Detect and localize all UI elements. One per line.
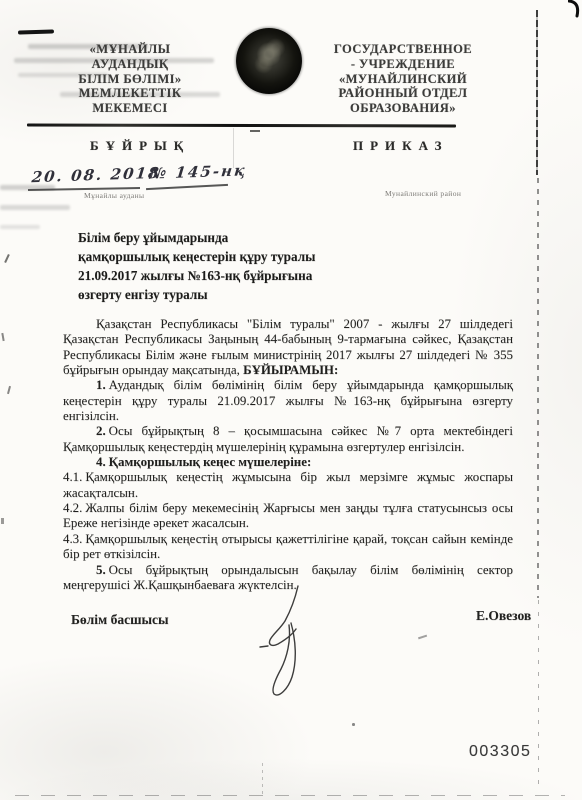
- org-name-line: АУДАНДЫҚ: [38, 57, 222, 72]
- scan-fold-line: [536, 10, 538, 175]
- subject-line: қамқоршылық кеңестерін құру туралы: [78, 247, 513, 266]
- order-body: Білім беру ұйымдарында қамқоршылық кеңес…: [63, 228, 513, 593]
- scan-fold-line: [538, 600, 539, 790]
- handwritten-date: 20. 08. 2018: [31, 164, 162, 186]
- org-name-line: «МУНАЙЛИНСКИЙ: [308, 72, 498, 87]
- org-name-line: БІЛІМ БӨЛІМІ»: [38, 72, 222, 87]
- handwritten-order-number: № 145-нқ: [149, 161, 248, 182]
- item-number: 4.1.: [63, 470, 82, 484]
- scan-fold-line: [537, 178, 539, 598]
- scan-mark-top-left: [18, 29, 54, 34]
- place-label-kazakh: Мұнайлы ауданы: [84, 191, 144, 200]
- subject-line: 21.09.2017 жылғы №163-нқ бұйрығына: [78, 266, 513, 285]
- order-subject: Білім беру ұйымдарында қамқоршылық кеңес…: [63, 228, 513, 304]
- scan-dotted-line: [262, 763, 263, 798]
- org-name-line: МЕКЕМЕСІ: [38, 101, 222, 116]
- scan-tick-mark: [1, 518, 4, 524]
- order-heading-kazakh: БҰЙРЫҚ: [90, 138, 190, 154]
- order-item-4-3: 4.3.Қамқоршылық кеңестің отырысы қажетті…: [63, 532, 513, 563]
- orders-keyword: БҰЙЫРАМЫН:: [243, 363, 338, 377]
- place-label-russian: Мунайлинский район: [385, 189, 461, 198]
- item-number: 4.2.: [63, 501, 82, 515]
- order-item-4: 4.Қамқоршылық кеңес мүшелеріне:: [63, 455, 513, 470]
- item-text: Қамқоршылық кеңестің жұмысына бір жыл ме…: [63, 470, 513, 499]
- scan-tick-mark: [1, 333, 4, 341]
- org-name-line: МЕМЛЕКЕТТІК: [38, 86, 222, 101]
- bleed-through-smudge: [0, 225, 40, 229]
- bleed-through-smudge: [0, 205, 70, 210]
- signer-name: Е.Овезов: [476, 608, 531, 624]
- item-text: Қамқоршылық кеңестің отырысы қажеттілігі…: [63, 532, 513, 561]
- scan-tick-mark: [4, 254, 10, 263]
- scan-tick-mark: [418, 635, 427, 639]
- item-number: 2.: [96, 424, 106, 438]
- item-text: Осы бұйрықтың 8 – қосымшасына сәйкес №7 …: [63, 424, 513, 453]
- item-text: Аудандық білім бөлімінің білім беру ұйым…: [63, 378, 513, 423]
- org-name-line: «МҰНАЙЛЫ: [38, 42, 222, 57]
- item-number: 5.: [96, 563, 106, 577]
- scan-bottom-edge-line: [15, 795, 565, 796]
- org-name-russian: ГОСУДАРСТВЕННОЕ - УЧРЕЖДЕНИЕ «МУНАЙЛИНСК…: [308, 42, 498, 116]
- order-heading-russian: ПРИКАЗ: [353, 138, 449, 154]
- page-curl-mark: [568, 0, 582, 18]
- item-number: 1.: [96, 378, 106, 392]
- signer-position: Бөлім басшысы: [71, 612, 169, 628]
- scan-tick-mark: [7, 386, 11, 394]
- kazakhstan-coat-of-arms-icon: [236, 28, 302, 94]
- org-name-line: - УЧРЕЖДЕНИЕ: [308, 57, 498, 72]
- order-item-1: 1.Аудандық білім бөлімінің білім беру ұй…: [63, 378, 513, 424]
- order-item-4-2: 4.2.Жалпы білім беру мекемесінің Жарғысы…: [63, 501, 513, 532]
- intro-paragraph: Қазақстан Республикасы "Білім туралы" 20…: [63, 317, 513, 378]
- org-name-kazakh: «МҰНАЙЛЫ АУДАНДЫҚ БІЛІМ БӨЛІМІ» МЕМЛЕКЕТ…: [38, 42, 222, 116]
- org-name-line: ОБРАЗОВАНИЯ»: [308, 101, 498, 116]
- scanned-order-document: «МҰНАЙЛЫ АУДАНДЫҚ БІЛІМ БӨЛІМІ» МЕМЛЕКЕТ…: [0, 0, 582, 800]
- form-serial-number: 003305: [469, 743, 531, 761]
- divider-tick: [250, 130, 260, 132]
- item-number: 4.3.: [63, 532, 82, 546]
- handwritten-signature-icon: [258, 583, 314, 701]
- item-number: 4.: [96, 455, 106, 469]
- order-item-4-1: 4.1.Қамқоршылық кеңестің жұмысына бір жы…: [63, 470, 513, 501]
- scan-dot-mark: [352, 723, 355, 726]
- subject-line: өзгерту енгізу туралы: [78, 285, 513, 304]
- org-name-line: ГОСУДАРСТВЕННОЕ: [308, 42, 498, 57]
- header-divider-line: [27, 124, 456, 128]
- org-name-line: РАЙОННЫЙ ОТДЕЛ: [308, 86, 498, 101]
- subject-line: Білім беру ұйымдарында: [78, 228, 513, 247]
- item-text: Жалпы білім беру мекемесінің Жарғысы мен…: [63, 501, 513, 530]
- number-underline: [146, 184, 228, 190]
- item-text: Қамқоршылық кеңес мүшелеріне:: [109, 455, 312, 469]
- order-item-2: 2.Осы бұйрықтың 8 – қосымшасына сәйкес №…: [63, 424, 513, 455]
